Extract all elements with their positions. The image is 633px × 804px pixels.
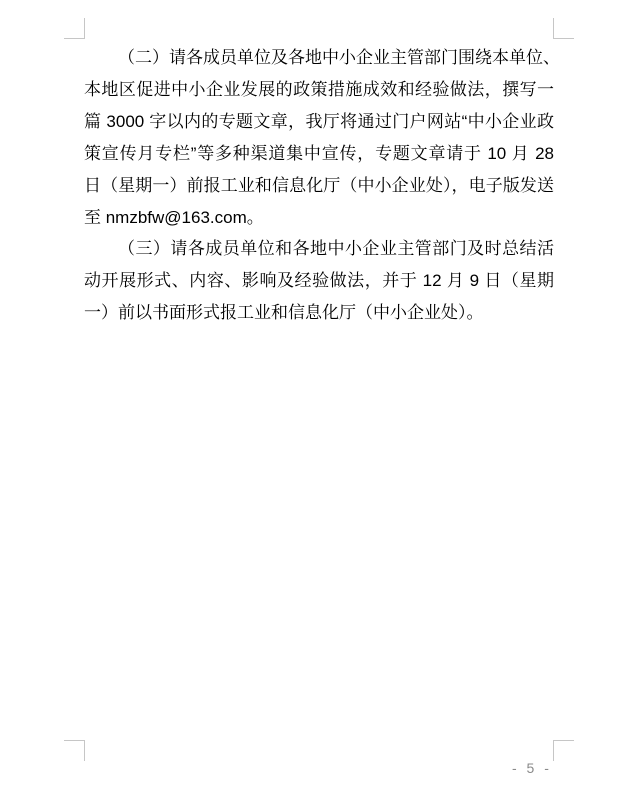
text-boundary-mark-bottom-left <box>64 740 85 761</box>
paragraph-item-2: （二）请各成员单位及各地中小企业主管部门围绕本单位、 本地区促进中小企业发展的政… <box>84 42 554 233</box>
text-line: 篇 3000 字以内的专题文章，我厅将通过门户网站“中小企业政 <box>84 106 554 138</box>
text-line: 动开展形式、内容、影响及经验做法，并于 12 月 9 日（星期 <box>84 265 554 297</box>
text-line: 策宣传月专栏”等多种渠道集中宣传，专题文章请于 10 月 28 <box>84 138 554 170</box>
text-boundary-mark-bottom-right <box>553 740 574 761</box>
text-line-email: 至 nmzbfw@163.com。 <box>84 202 554 234</box>
text-line: 一）前以书面形式报工业和信息化厅（中小企业处）。 <box>84 297 554 329</box>
text-boundary-mark-top-right <box>553 18 574 39</box>
document-page: （二）请各成员单位及各地中小企业主管部门围绕本单位、 本地区促进中小企业发展的政… <box>0 0 633 804</box>
text-boundary-mark-top-left <box>64 18 85 39</box>
text-line: （二）请各成员单位及各地中小企业主管部门围绕本单位、 <box>84 42 554 74</box>
text-line: 日（星期一）前报工业和信息化厅（中小企业处），电子版发送 <box>84 170 554 202</box>
text-line: （三）请各成员单位和各地中小企业主管部门及时总结活 <box>84 233 554 265</box>
text-line: 本地区促进中小企业发展的政策措施成效和经验做法，撰写一 <box>84 74 554 106</box>
document-body: （二）请各成员单位及各地中小企业主管部门围绕本单位、 本地区促进中小企业发展的政… <box>84 42 554 329</box>
paragraph-item-3: （三）请各成员单位和各地中小企业主管部门及时总结活 动开展形式、内容、影响及经验… <box>84 233 554 329</box>
page-number: - 5 - <box>512 760 552 776</box>
